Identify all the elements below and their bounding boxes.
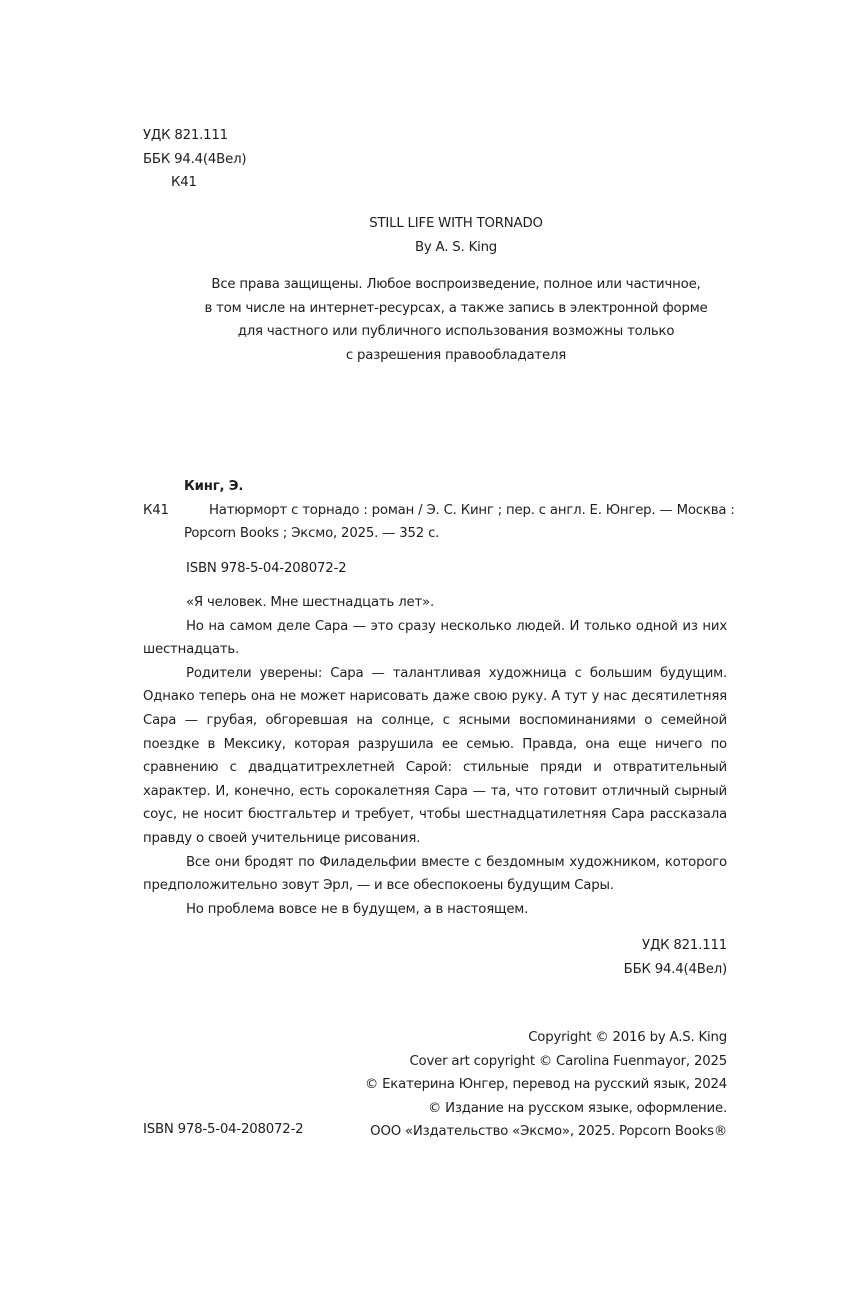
copyright-line: © Издание на русском языке, оформление.: [365, 1097, 727, 1121]
rights-line: в том числе на интернет-ресурсах, а такж…: [0, 297, 856, 321]
catalog-isbn: ISBN 978-5-04-208072-2: [143, 557, 727, 581]
catalog-author: Кинг, Э.: [143, 475, 727, 499]
catalog-description-row: К41 Натюрморт с торнадо : роман / Э. С. …: [143, 499, 727, 523]
rights-notice: Все права защищены. Любое воспроизведени…: [0, 273, 856, 367]
top-classification: УДК 821.111 ББК 94.4(4Вел) К41: [143, 124, 246, 195]
catalog-description-line1: Натюрморт с торнадо : роман / Э. С. Кинг…: [184, 499, 735, 523]
original-title-block: STILL LIFE WITH TORNADO By A. S. King: [0, 212, 856, 259]
annotation-paragraph: «Я человек. Мне шестнадцать лет».: [143, 591, 727, 615]
annotation-paragraph: Но проблема вовсе не в будущем, а в наст…: [143, 898, 727, 922]
udk-code: УДК 821.111: [143, 124, 246, 148]
udk-code: УДК 821.111: [624, 934, 727, 958]
copyright-line: ООО «Издательство «Эксмо», 2025. Popcorn…: [365, 1120, 727, 1144]
bbk-code: ББК 94.4(4Вел): [624, 958, 727, 982]
catalog-description-line2: Popcorn Books ; Эксмо, 2025. — 352 с.: [143, 522, 727, 546]
annotation-paragraph: Все они бродят по Филадельфии вместе с б…: [143, 851, 727, 898]
isbn-bottom: ISBN 978-5-04-208072-2: [143, 1118, 303, 1142]
annotation: «Я человек. Мне шестнадцать лет». Но на …: [143, 591, 727, 921]
catalog-record: Кинг, Э. К41 Натюрморт с торнадо : роман…: [143, 475, 727, 580]
catalog-code: К41: [143, 499, 184, 523]
rights-line: Все права защищены. Любое воспроизведени…: [0, 273, 856, 297]
original-byline: By A. S. King: [0, 236, 856, 260]
copyright-line: © Екатерина Юнгер, перевод на русский яз…: [365, 1073, 727, 1097]
annotation-paragraph: Но на самом деле Сара — это сразу нескол…: [143, 615, 727, 662]
bottom-classification: УДК 821.111 ББК 94.4(4Вел): [624, 934, 727, 981]
copyright-block: Copyright © 2016 by A.S. King Cover art …: [365, 1026, 727, 1144]
original-title: STILL LIFE WITH TORNADO: [0, 212, 856, 236]
annotation-paragraph: Родители уверены: Сара — талантливая худ…: [143, 662, 727, 851]
rights-line: для частного или публичного использовани…: [0, 320, 856, 344]
rights-line: с разрешения правообладателя: [0, 344, 856, 368]
copyright-line: Cover art copyright © Carolina Fuenmayor…: [365, 1050, 727, 1074]
bbk-code: ББК 94.4(4Вел): [143, 148, 246, 172]
copyright-line: Copyright © 2016 by A.S. King: [365, 1026, 727, 1050]
author-mark: К41: [143, 171, 246, 195]
